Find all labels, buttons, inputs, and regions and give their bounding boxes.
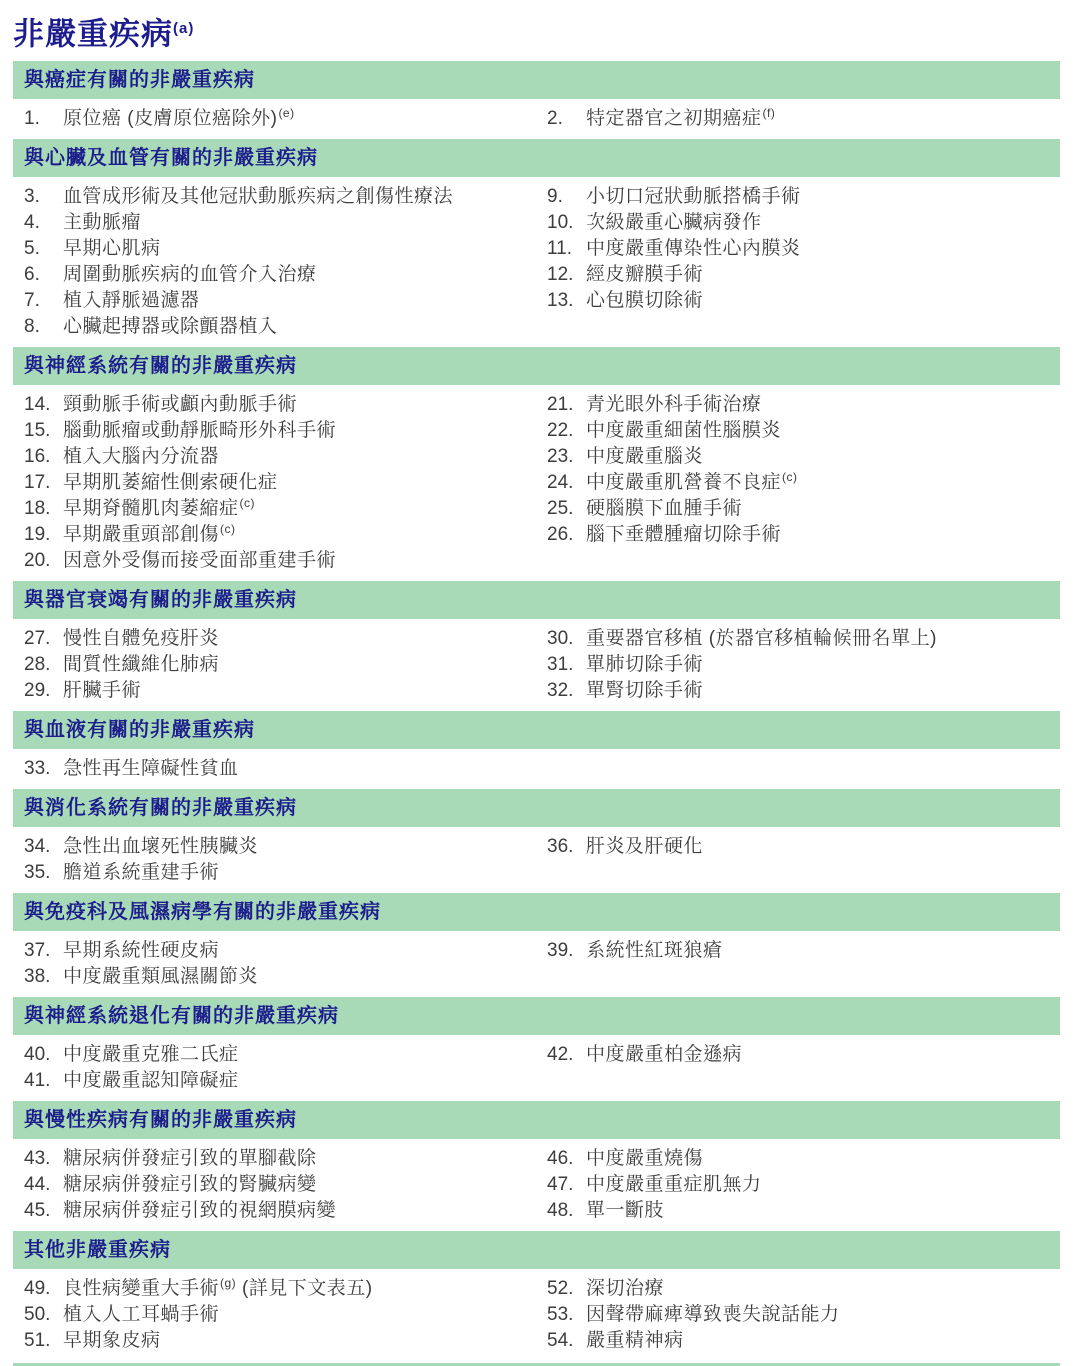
- disease-item: 21.青光眼外科手術治療: [536, 392, 1060, 418]
- item-text: 糖尿病併發症引致的視網膜病變: [63, 1198, 536, 1224]
- item-text: 因意外受傷而接受面部重建手術: [63, 548, 536, 574]
- item-number: 33.: [24, 756, 63, 782]
- item-number: 17.: [24, 470, 63, 496]
- right-column: 9.小切口冠狀動脈搭橋手術10.次級嚴重心臟病發作11.中度嚴重傳染性心內膜炎1…: [536, 184, 1060, 340]
- section-header-label: 與慢性疾病有關的非嚴重疾病: [24, 1109, 297, 1131]
- disease-item: 33.急性再生障礙性貧血: [13, 756, 536, 782]
- section-items: 3.血管成形術及其他冠狀動脈疾病之創傷性療法4.主動脈瘤5.早期心肌病6.周圍動…: [13, 177, 1060, 347]
- item-text: 深切治療: [586, 1276, 1060, 1302]
- section-header-band: 其他非嚴重疾病: [13, 1231, 1060, 1269]
- left-column: 49.良性病變重大手術(g) (詳見下文表五)50.植入人工耳蝸手術51.早期象…: [13, 1276, 536, 1354]
- section-header-label: 與血液有關的非嚴重疾病: [24, 719, 255, 741]
- disease-item: 34.急性出血壞死性胰臟炎: [13, 834, 536, 860]
- left-column: 33.急性再生障礙性貧血: [13, 756, 536, 782]
- item-text: 因聲帶麻痺導致喪失說話能力: [586, 1302, 1060, 1328]
- item-number: 48.: [547, 1198, 586, 1224]
- item-number: 47.: [547, 1172, 586, 1198]
- disease-item: 48.單一斷肢: [536, 1198, 1060, 1224]
- footnote-marker: (f): [763, 106, 776, 120]
- item-number: 25.: [547, 496, 586, 522]
- item-number: 44.: [24, 1172, 63, 1198]
- disease-item: 37.早期系統性硬皮病: [13, 938, 536, 964]
- disease-item: 27.慢性自體免疫肝炎: [13, 626, 536, 652]
- disease-item: 28.間質性纖維化肺病: [13, 652, 536, 678]
- item-text: 糖尿病併發症引致的單腳截除: [63, 1146, 536, 1172]
- section-items: 43.糖尿病併發症引致的單腳截除44.糖尿病併發症引致的腎臟病變45.糖尿病併發…: [13, 1139, 1060, 1231]
- item-number: 45.: [24, 1198, 63, 1224]
- item-number: 4.: [24, 210, 63, 236]
- section-header-label: 與癌症有關的非嚴重疾病: [24, 69, 255, 91]
- item-number: 12.: [547, 262, 586, 288]
- disease-item: 26.腦下垂體腫瘤切除手術: [536, 522, 1060, 548]
- item-text-tail: (詳見下文表五): [236, 1278, 372, 1299]
- item-number: 32.: [547, 678, 586, 704]
- item-text: 青光眼外科手術治療: [586, 392, 1060, 418]
- disease-item: 30.重要器官移植 (於器官移植輪候冊名單上): [536, 626, 1060, 652]
- right-column: 2.特定器官之初期癌症(f): [536, 106, 1060, 132]
- disease-item: 54.嚴重精神病: [536, 1328, 1060, 1354]
- item-number: 15.: [24, 418, 63, 444]
- left-column: 27.慢性自體免疫肝炎28.間質性纖維化肺病29.肝臟手術: [13, 626, 536, 704]
- disease-item: 52.深切治療: [536, 1276, 1060, 1302]
- item-number: 20.: [24, 548, 63, 574]
- item-number: 9.: [547, 184, 586, 210]
- section-header-band: 與血液有關的非嚴重疾病: [13, 711, 1060, 749]
- section-items: 49.良性病變重大手術(g) (詳見下文表五)50.植入人工耳蝸手術51.早期象…: [13, 1269, 1060, 1361]
- disease-item: 45.糖尿病併發症引致的視網膜病變: [13, 1198, 536, 1224]
- disease-section: 與神經系統有關的非嚴重疾病14.頸動脈手術或顱內動脈手術15.腦動脈瘤或動靜脈畸…: [13, 347, 1060, 581]
- section-header-label: 與神經系統有關的非嚴重疾病: [24, 355, 297, 377]
- item-number: 21.: [547, 392, 586, 418]
- item-number: 23.: [547, 444, 586, 470]
- item-text: 間質性纖維化肺病: [63, 652, 536, 678]
- disease-item: 50.植入人工耳蝸手術: [13, 1302, 536, 1328]
- item-text: 慢性自體免疫肝炎: [63, 626, 536, 652]
- item-number: 11.: [547, 236, 586, 262]
- item-number: 14.: [24, 392, 63, 418]
- disease-item: 40.中度嚴重克雅二氏症: [13, 1042, 536, 1068]
- item-text: 植入人工耳蝸手術: [63, 1302, 536, 1328]
- page-title-footnote-marker: (a): [173, 20, 194, 37]
- left-column: 37.早期系統性硬皮病38.中度嚴重類風濕關節炎: [13, 938, 536, 990]
- disease-item: 41.中度嚴重認知障礙症: [13, 1068, 536, 1094]
- item-number: 49.: [24, 1276, 63, 1302]
- disease-item: 16.植入大腦內分流器: [13, 444, 536, 470]
- disease-item: 2.特定器官之初期癌症(f): [536, 106, 1060, 132]
- disease-item: 13.心包膜切除術: [536, 288, 1060, 314]
- item-text: 中度嚴重重症肌無力: [586, 1172, 1060, 1198]
- disease-item: 11.中度嚴重傳染性心內膜炎: [536, 236, 1060, 262]
- item-number: 54.: [547, 1328, 586, 1354]
- right-column: 52.深切治療53.因聲帶麻痺導致喪失說話能力54.嚴重精神病: [536, 1276, 1060, 1354]
- section-header-band: 與慢性疾病有關的非嚴重疾病: [13, 1101, 1060, 1139]
- section-header-band: 與器官衰竭有關的非嚴重疾病: [13, 581, 1060, 619]
- disease-item: 23.中度嚴重腦炎: [536, 444, 1060, 470]
- item-text: 良性病變重大手術(g) (詳見下文表五): [63, 1276, 536, 1302]
- disease-item: 51.早期象皮病: [13, 1328, 536, 1354]
- disease-section: 與血液有關的非嚴重疾病33.急性再生障礙性貧血: [13, 711, 1060, 789]
- page-title-text: 非嚴重疾病: [13, 16, 173, 51]
- disease-item: 32.單腎切除手術: [536, 678, 1060, 704]
- item-number: 10.: [547, 210, 586, 236]
- disease-item: 15.腦動脈瘤或動靜脈畸形外科手術: [13, 418, 536, 444]
- right-column: 36.肝炎及肝硬化: [536, 834, 1060, 886]
- disease-item: 25.硬腦膜下血腫手術: [536, 496, 1060, 522]
- item-text: 中度嚴重燒傷: [586, 1146, 1060, 1172]
- item-number: 31.: [547, 652, 586, 678]
- right-column: [536, 756, 1060, 782]
- section-header-band: 與神經系統退化有關的非嚴重疾病: [13, 997, 1060, 1035]
- left-column: 14.頸動脈手術或顱內動脈手術15.腦動脈瘤或動靜脈畸形外科手術16.植入大腦內…: [13, 392, 536, 574]
- disease-item: 7.植入靜脈過濾器: [13, 288, 536, 314]
- item-number: 43.: [24, 1146, 63, 1172]
- item-number: 16.: [24, 444, 63, 470]
- item-text: 硬腦膜下血腫手術: [586, 496, 1060, 522]
- item-text: 早期肌萎縮性側索硬化症: [63, 470, 536, 496]
- item-text: 頸動脈手術或顱內動脈手術: [63, 392, 536, 418]
- disease-section: 與消化系統有關的非嚴重疾病34.急性出血壞死性胰臟炎35.膽道系統重建手術36.…: [13, 789, 1060, 893]
- section-items: 1.原位癌 (皮膚原位癌除外)(e)2.特定器官之初期癌症(f): [13, 99, 1060, 139]
- right-column: 21.青光眼外科手術治療22.中度嚴重細菌性腦膜炎23.中度嚴重腦炎24.中度嚴…: [536, 392, 1060, 574]
- section-items: 37.早期系統性硬皮病38.中度嚴重類風濕關節炎39.系統性紅斑狼瘡: [13, 931, 1060, 997]
- item-number: 50.: [24, 1302, 63, 1328]
- item-number: 6.: [24, 262, 63, 288]
- disease-section: 與器官衰竭有關的非嚴重疾病27.慢性自體免疫肝炎28.間質性纖維化肺病29.肝臟…: [13, 581, 1060, 711]
- item-text: 嚴重精神病: [586, 1328, 1060, 1354]
- item-number: 8.: [24, 314, 63, 340]
- item-text: 肝炎及肝硬化: [586, 834, 1060, 860]
- item-number: 52.: [547, 1276, 586, 1302]
- disease-sections-container: 與癌症有關的非嚴重疾病1.原位癌 (皮膚原位癌除外)(e)2.特定器官之初期癌症…: [13, 61, 1060, 1361]
- section-header-label: 與免疫科及風濕病學有關的非嚴重疾病: [24, 901, 381, 923]
- item-text: 中度嚴重傳染性心內膜炎: [586, 236, 1060, 262]
- section-header-band: 與癌症有關的非嚴重疾病: [13, 61, 1060, 99]
- item-number: 24.: [547, 470, 586, 496]
- left-column: 43.糖尿病併發症引致的單腳截除44.糖尿病併發症引致的腎臟病變45.糖尿病併發…: [13, 1146, 536, 1224]
- item-number: 7.: [24, 288, 63, 314]
- footnote-marker: (c): [220, 522, 236, 536]
- left-column: 40.中度嚴重克雅二氏症41.中度嚴重認知障礙症: [13, 1042, 536, 1094]
- item-number: 41.: [24, 1068, 63, 1094]
- disease-item: 43.糖尿病併發症引致的單腳截除: [13, 1146, 536, 1172]
- page-title: 非嚴重疾病(a): [13, 12, 1060, 51]
- item-text: 早期象皮病: [63, 1328, 536, 1354]
- item-number: 26.: [547, 522, 586, 548]
- item-text: 早期嚴重頭部創傷(c): [63, 522, 536, 548]
- item-text: 早期系統性硬皮病: [63, 938, 536, 964]
- disease-item: 3.血管成形術及其他冠狀動脈疾病之創傷性療法: [13, 184, 536, 210]
- disease-item: 38.中度嚴重類風濕關節炎: [13, 964, 536, 990]
- footnote-marker: (c): [240, 496, 256, 510]
- disease-item: 44.糖尿病併發症引致的腎臟病變: [13, 1172, 536, 1198]
- item-text: 次級嚴重心臟病發作: [586, 210, 1060, 236]
- disease-section: 與神經系統退化有關的非嚴重疾病40.中度嚴重克雅二氏症41.中度嚴重認知障礙症4…: [13, 997, 1060, 1101]
- disease-item: 36.肝炎及肝硬化: [536, 834, 1060, 860]
- item-number: 38.: [24, 964, 63, 990]
- item-number: 18.: [24, 496, 63, 522]
- item-text: 腦動脈瘤或動靜脈畸形外科手術: [63, 418, 536, 444]
- item-number: 28.: [24, 652, 63, 678]
- section-items: 27.慢性自體免疫肝炎28.間質性纖維化肺病29.肝臟手術30.重要器官移植 (…: [13, 619, 1060, 711]
- item-text: 特定器官之初期癌症(f): [586, 106, 1060, 132]
- item-text: 血管成形術及其他冠狀動脈疾病之創傷性療法: [63, 184, 536, 210]
- footnote-marker: (g): [220, 1276, 236, 1290]
- item-text: 心臟起搏器或除顫器植入: [63, 314, 536, 340]
- item-text: 植入大腦內分流器: [63, 444, 536, 470]
- item-text: 單腎切除手術: [586, 678, 1060, 704]
- item-number: 19.: [24, 522, 63, 548]
- footnote-marker: (c): [782, 470, 798, 484]
- section-header-label: 與消化系統有關的非嚴重疾病: [24, 797, 297, 819]
- footnote-marker: (e): [278, 106, 294, 120]
- item-number: 40.: [24, 1042, 63, 1068]
- disease-item: 1.原位癌 (皮膚原位癌除外)(e): [13, 106, 536, 132]
- item-text: 植入靜脈過濾器: [63, 288, 536, 314]
- item-number: 13.: [547, 288, 586, 314]
- item-number: 22.: [547, 418, 586, 444]
- item-text: 心包膜切除術: [586, 288, 1060, 314]
- disease-item: 6.周圍動脈疾病的血管介入治療: [13, 262, 536, 288]
- left-column: 3.血管成形術及其他冠狀動脈疾病之創傷性療法4.主動脈瘤5.早期心肌病6.周圍動…: [13, 184, 536, 340]
- item-text: 急性再生障礙性貧血: [63, 756, 536, 782]
- left-column: 34.急性出血壞死性胰臟炎35.膽道系統重建手術: [13, 834, 536, 886]
- section-items: 33.急性再生障礙性貧血: [13, 749, 1060, 789]
- disease-item: 49.良性病變重大手術(g) (詳見下文表五): [13, 1276, 536, 1302]
- item-text: 中度嚴重柏金遜病: [586, 1042, 1060, 1068]
- disease-section: 與免疫科及風濕病學有關的非嚴重疾病37.早期系統性硬皮病38.中度嚴重類風濕關節…: [13, 893, 1060, 997]
- item-number: 34.: [24, 834, 63, 860]
- item-number: 3.: [24, 184, 63, 210]
- item-number: 42.: [547, 1042, 586, 1068]
- item-text: 小切口冠狀動脈搭橋手術: [586, 184, 1060, 210]
- document-page: 非嚴重疾病(a) 與癌症有關的非嚴重疾病1.原位癌 (皮膚原位癌除外)(e)2.…: [0, 0, 1080, 1366]
- disease-item: 31.單肺切除手術: [536, 652, 1060, 678]
- disease-item: 22.中度嚴重細菌性腦膜炎: [536, 418, 1060, 444]
- item-number: 1.: [24, 106, 63, 132]
- item-text: 早期脊髓肌肉萎縮症(c): [63, 496, 536, 522]
- disease-item: 47.中度嚴重重症肌無力: [536, 1172, 1060, 1198]
- section-header-label: 與器官衰竭有關的非嚴重疾病: [24, 589, 297, 611]
- section-header-band: 與神經系統有關的非嚴重疾病: [13, 347, 1060, 385]
- disease-item: 12.經皮瓣膜手術: [536, 262, 1060, 288]
- item-text: 急性出血壞死性胰臟炎: [63, 834, 536, 860]
- disease-item: 35.膽道系統重建手術: [13, 860, 536, 886]
- item-number: 53.: [547, 1302, 586, 1328]
- item-text: 中度嚴重類風濕關節炎: [63, 964, 536, 990]
- disease-item: 39.系統性紅斑狼瘡: [536, 938, 1060, 964]
- disease-item: 4.主動脈瘤: [13, 210, 536, 236]
- item-text: 經皮瓣膜手術: [586, 262, 1060, 288]
- item-text: 單一斷肢: [586, 1198, 1060, 1224]
- left-column: 1.原位癌 (皮膚原位癌除外)(e): [13, 106, 536, 132]
- item-number: 5.: [24, 236, 63, 262]
- item-text: 糖尿病併發症引致的腎臟病變: [63, 1172, 536, 1198]
- item-number: 37.: [24, 938, 63, 964]
- disease-item: 10.次級嚴重心臟病發作: [536, 210, 1060, 236]
- disease-item: 14.頸動脈手術或顱內動脈手術: [13, 392, 536, 418]
- section-header-label: 與心臟及血管有關的非嚴重疾病: [24, 147, 318, 169]
- disease-item: 19.早期嚴重頭部創傷(c): [13, 522, 536, 548]
- disease-section: 與心臟及血管有關的非嚴重疾病3.血管成形術及其他冠狀動脈疾病之創傷性療法4.主動…: [13, 139, 1060, 347]
- item-number: 39.: [547, 938, 586, 964]
- disease-item: 46.中度嚴重燒傷: [536, 1146, 1060, 1172]
- section-header-band: 與消化系統有關的非嚴重疾病: [13, 789, 1060, 827]
- disease-item: 29.肝臟手術: [13, 678, 536, 704]
- section-items: 34.急性出血壞死性胰臟炎35.膽道系統重建手術36.肝炎及肝硬化: [13, 827, 1060, 893]
- disease-section: 其他非嚴重疾病49.良性病變重大手術(g) (詳見下文表五)50.植入人工耳蝸手…: [13, 1231, 1060, 1361]
- item-text: 早期心肌病: [63, 236, 536, 262]
- disease-item: 8.心臟起搏器或除顫器植入: [13, 314, 536, 340]
- disease-section: 與癌症有關的非嚴重疾病1.原位癌 (皮膚原位癌除外)(e)2.特定器官之初期癌症…: [13, 61, 1060, 139]
- item-number: 2.: [547, 106, 586, 132]
- section-items: 40.中度嚴重克雅二氏症41.中度嚴重認知障礙症42.中度嚴重柏金遜病: [13, 1035, 1060, 1101]
- item-text: 原位癌 (皮膚原位癌除外)(e): [63, 106, 536, 132]
- item-number: 46.: [547, 1146, 586, 1172]
- section-header-label: 與神經系統退化有關的非嚴重疾病: [24, 1005, 339, 1027]
- section-header-label: 其他非嚴重疾病: [24, 1239, 171, 1261]
- item-text: 單肺切除手術: [586, 652, 1060, 678]
- item-text: 中度嚴重克雅二氏症: [63, 1042, 536, 1068]
- item-text: 膽道系統重建手術: [63, 860, 536, 886]
- section-header-band: 與心臟及血管有關的非嚴重疾病: [13, 139, 1060, 177]
- item-text: 中度嚴重認知障礙症: [63, 1068, 536, 1094]
- item-text: 重要器官移植 (於器官移植輪候冊名單上): [586, 626, 1060, 652]
- disease-item: 18.早期脊髓肌肉萎縮症(c): [13, 496, 536, 522]
- item-number: 27.: [24, 626, 63, 652]
- section-header-band: 與免疫科及風濕病學有關的非嚴重疾病: [13, 893, 1060, 931]
- item-text: 周圍動脈疾病的血管介入治療: [63, 262, 536, 288]
- right-column: 46.中度嚴重燒傷47.中度嚴重重症肌無力48.單一斷肢: [536, 1146, 1060, 1224]
- disease-section: 與慢性疾病有關的非嚴重疾病43.糖尿病併發症引致的單腳截除44.糖尿病併發症引致…: [13, 1101, 1060, 1231]
- item-number: 51.: [24, 1328, 63, 1354]
- item-text: 中度嚴重細菌性腦膜炎: [586, 418, 1060, 444]
- right-column: 30.重要器官移植 (於器官移植輪候冊名單上)31.單肺切除手術32.單腎切除手…: [536, 626, 1060, 704]
- item-text: 腦下垂體腫瘤切除手術: [586, 522, 1060, 548]
- item-number: 30.: [547, 626, 586, 652]
- right-column: 42.中度嚴重柏金遜病: [536, 1042, 1060, 1094]
- section-items: 14.頸動脈手術或顱內動脈手術15.腦動脈瘤或動靜脈畸形外科手術16.植入大腦內…: [13, 385, 1060, 581]
- item-text: 主動脈瘤: [63, 210, 536, 236]
- item-number: 35.: [24, 860, 63, 886]
- item-text: 中度嚴重肌營養不良症(c): [586, 470, 1060, 496]
- item-text: 系統性紅斑狼瘡: [586, 938, 1060, 964]
- right-column: 39.系統性紅斑狼瘡: [536, 938, 1060, 990]
- disease-item: 5.早期心肌病: [13, 236, 536, 262]
- disease-item: 20.因意外受傷而接受面部重建手術: [13, 548, 536, 574]
- item-text: 肝臟手術: [63, 678, 536, 704]
- item-number: 29.: [24, 678, 63, 704]
- disease-item: 53.因聲帶麻痺導致喪失說話能力: [536, 1302, 1060, 1328]
- disease-item: 9.小切口冠狀動脈搭橋手術: [536, 184, 1060, 210]
- disease-item: 24.中度嚴重肌營養不良症(c): [536, 470, 1060, 496]
- item-number: 36.: [547, 834, 586, 860]
- disease-item: 17.早期肌萎縮性側索硬化症: [13, 470, 536, 496]
- disease-item: 42.中度嚴重柏金遜病: [536, 1042, 1060, 1068]
- item-text: 中度嚴重腦炎: [586, 444, 1060, 470]
